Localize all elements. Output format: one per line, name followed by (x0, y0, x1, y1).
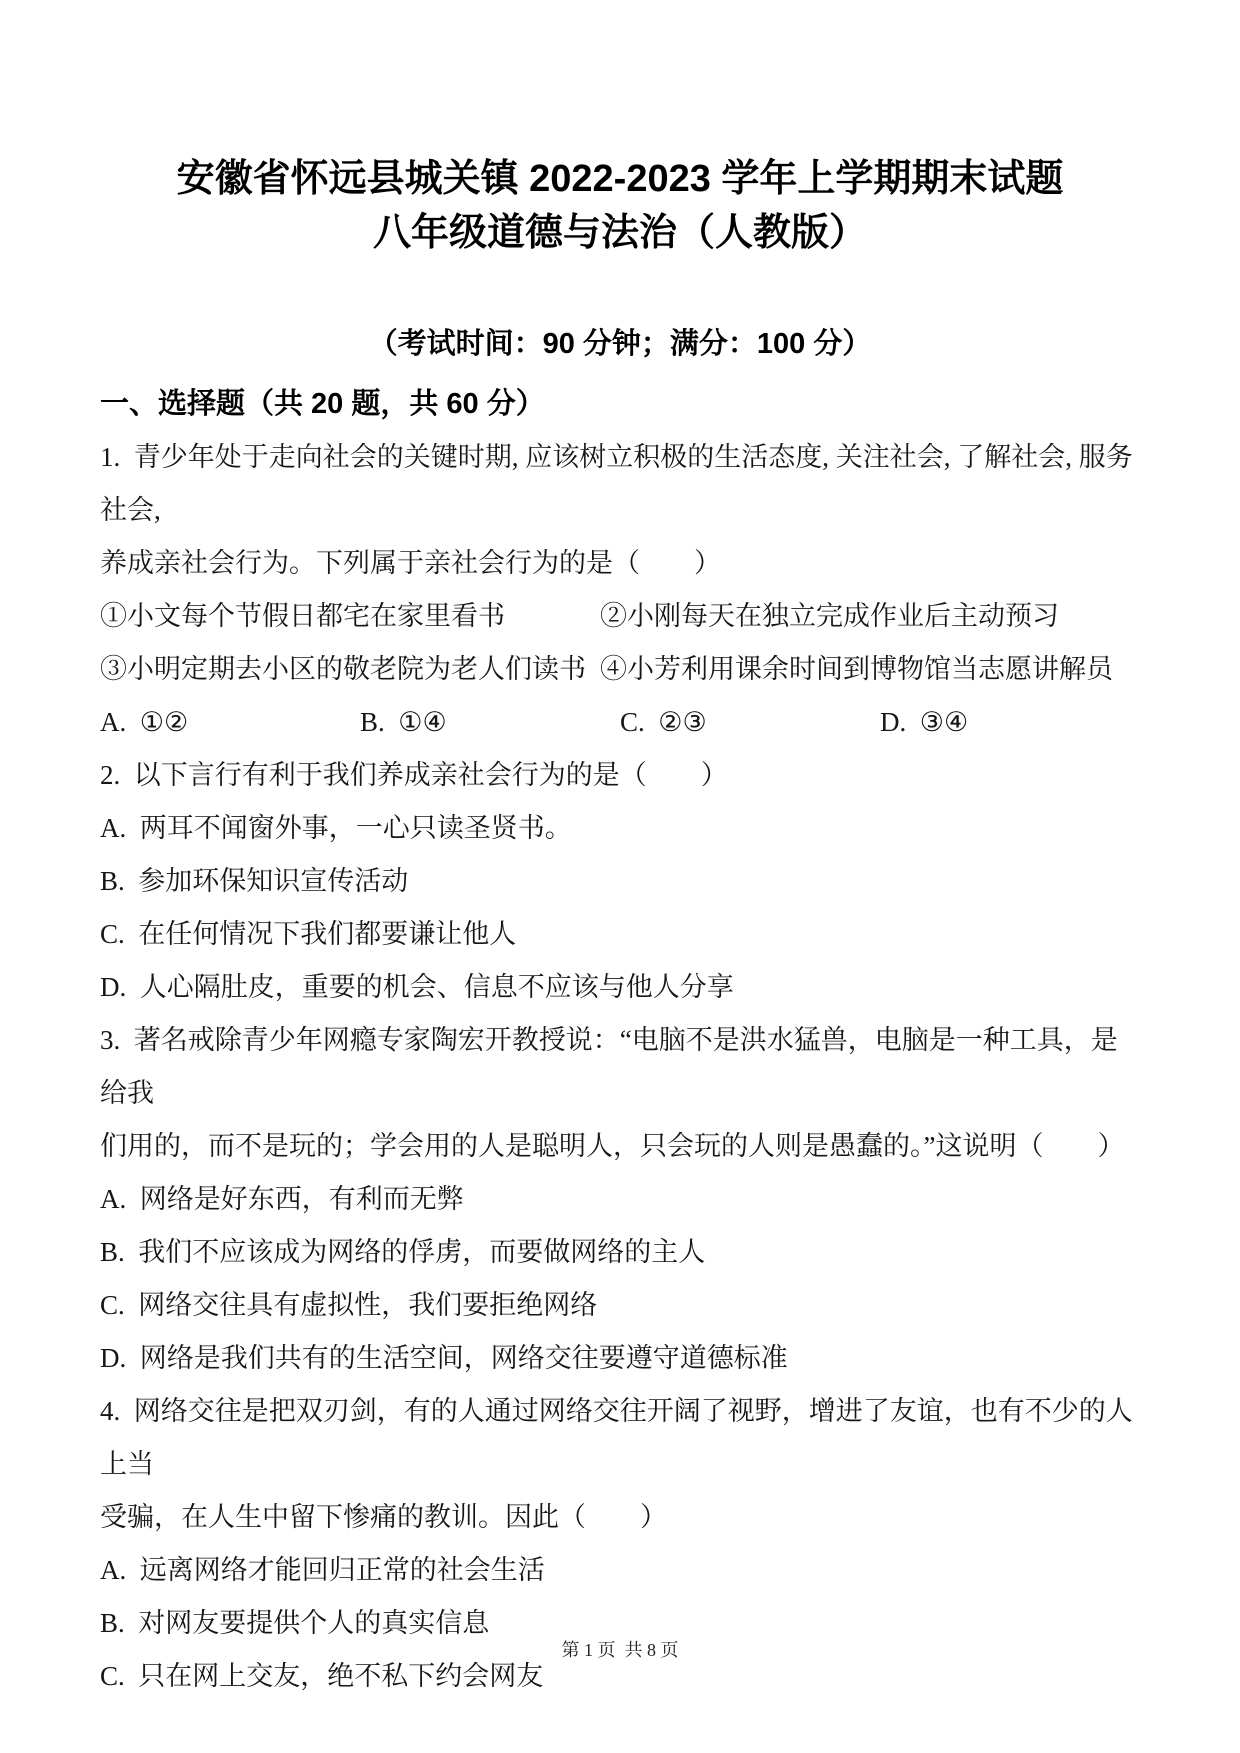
question-3-option-a: A. 网络是好东西，有利而无弊 (100, 1173, 1140, 1226)
question-1-option-d: D. ③④ (880, 696, 1140, 749)
question-1-option-b: B. ①④ (360, 696, 620, 749)
question-3-option-b: B. 我们不应该成为网络的俘虏，而要做网络的主人 (100, 1226, 1140, 1279)
question-2-option-b: B. 参加环保知识宣传活动 (100, 855, 1140, 908)
question-1-statement-row-1: ①小文每个节假日都宅在家里看书 ②小刚每天在独立完成作业后主动预习 (100, 590, 1140, 643)
question-4-stem-line-1: 4. 网络交往是把双刃剑，有的人通过网络交往开阔了视野，增进了友谊，也有不少的人… (100, 1385, 1140, 1491)
exam-title-block: 安徽省怀远县城关镇 2022-2023 学年上学期期末试题 八年级道德与法治（人… (100, 0, 1140, 260)
exam-title-line1: 安徽省怀远县城关镇 2022-2023 学年上学期期末试题 (100, 152, 1140, 206)
question-3-stem-line-2: 们用的，而不是玩的；学会用的人是聪明人，只会玩的人则是愚蠢的。”这说明（ ） (100, 1120, 1140, 1173)
question-3-stem-line-1: 3. 著名戒除青少年网瘾专家陶宏开教授说：“电脑不是洪水猛兽，电脑是一种工具，是… (100, 1014, 1140, 1120)
question-1-statement-row-2: ③小明定期去小区的敬老院为老人们读书 ④小芳利用课余时间到博物馆当志愿讲解员 (100, 643, 1140, 696)
statement-item-1: ①小文每个节假日都宅在家里看书 (100, 590, 600, 643)
question-2-option-a: A. 两耳不闻窗外事，一心只读圣贤书。 (100, 802, 1140, 855)
question-1-stem-line-1: 1. 青少年处于走向社会的关键时期, 应该树立积极的生活态度, 关注社会, 了解… (100, 431, 1140, 537)
question-1-option-a: A. ①② (100, 696, 360, 749)
section-heading-multiple-choice: 一、选择题（共 20 题，共 60 分） (100, 378, 1140, 431)
question-1-options-row: A. ①② B. ①④ C. ②③ D. ③④ (100, 696, 1140, 749)
question-2: 2. 以下言行有利于我们养成亲社会行为的是（ ） A. 两耳不闻窗外事，一心只读… (100, 749, 1140, 1014)
question-3-option-d: D. 网络是我们共有的生活空间，网络交往要遵守道德标准 (100, 1332, 1140, 1385)
exam-info-line: （考试时间：90 分钟；满分：100 分） (100, 324, 1140, 364)
question-1-option-c: C. ②③ (620, 696, 880, 749)
question-2-option-d: D. 人心隔肚皮，重要的机会、信息不应该与他人分享 (100, 961, 1140, 1014)
exam-paper-content: 安徽省怀远县城关镇 2022-2023 学年上学期期末试题 八年级道德与法治（人… (0, 0, 1240, 1703)
question-1: 1. 青少年处于走向社会的关键时期, 应该树立积极的生活态度, 关注社会, 了解… (100, 431, 1140, 749)
question-4-stem-line-2: 受骗，在人生中留下惨痛的教训。因此（ ） (100, 1491, 1140, 1544)
question-4-option-a: A. 远离网络才能回归正常的社会生活 (100, 1544, 1140, 1597)
question-2-option-c: C. 在任何情况下我们都要谦让他人 (100, 908, 1140, 961)
statement-item-3: ③小明定期去小区的敬老院为老人们读书 (100, 643, 600, 696)
question-2-stem-line-1: 2. 以下言行有利于我们养成亲社会行为的是（ ） (100, 749, 1140, 802)
statement-item-4: ④小芳利用课余时间到博物馆当志愿讲解员 (600, 643, 1140, 696)
exam-paper-page: 安徽省怀远县城关镇 2022-2023 学年上学期期末试题 八年级道德与法治（人… (0, 0, 1240, 1753)
question-1-stem-line-2: 养成亲社会行为。下列属于亲社会行为的是（ ） (100, 537, 1140, 590)
exam-title-line2: 八年级道德与法治（人教版） (100, 206, 1140, 260)
page-number-footer: 第 1 页 共 8 页 (0, 1635, 1240, 1665)
statement-item-2: ②小刚每天在独立完成作业后主动预习 (600, 590, 1140, 643)
question-3-option-c: C. 网络交往具有虚拟性，我们要拒绝网络 (100, 1279, 1140, 1332)
question-3: 3. 著名戒除青少年网瘾专家陶宏开教授说：“电脑不是洪水猛兽，电脑是一种工具，是… (100, 1014, 1140, 1385)
